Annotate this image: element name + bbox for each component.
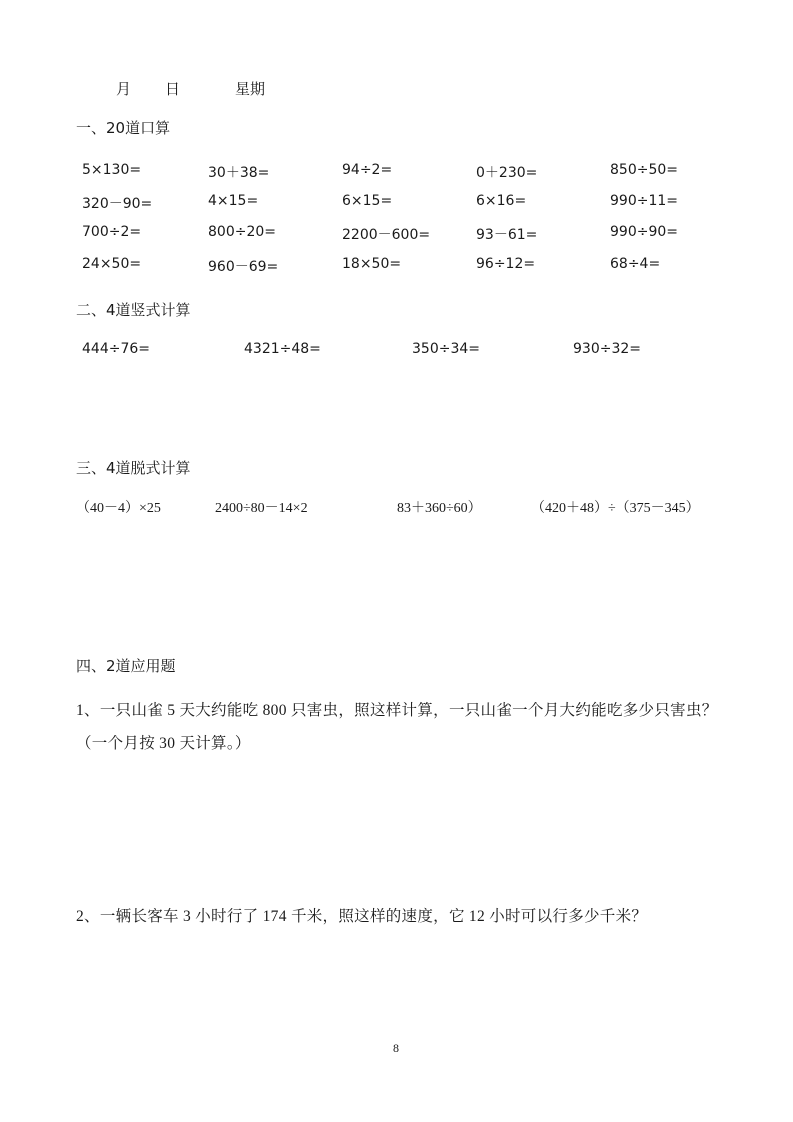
section-4-title: 四、2道应用题 xyxy=(76,655,176,676)
oral-calc-item: 800÷20= xyxy=(208,224,276,240)
oral-calc-item: 24×50= xyxy=(82,256,141,272)
vertical-calc-item: 930÷32= xyxy=(573,341,641,357)
word-problem-1-note: （一个月按 30 天计算。） xyxy=(76,731,251,753)
oral-calc-item: 94÷2= xyxy=(342,162,392,178)
step-calc-item: （420＋48）÷（375－345） xyxy=(531,497,700,517)
oral-calc-item: 990÷11= xyxy=(610,193,678,209)
page-number: 8 xyxy=(393,1041,399,1056)
step-calc-item: （40－4）×25 xyxy=(76,497,161,517)
oral-calc-item: 6×15= xyxy=(342,193,392,209)
oral-calc-item: 2200－600= xyxy=(342,224,430,244)
oral-calc-item: 6×16= xyxy=(476,193,526,209)
oral-calc-item: 960－69= xyxy=(208,256,278,276)
oral-calc-item: 990÷90= xyxy=(610,224,678,240)
vertical-calc-item: 350÷34= xyxy=(412,341,480,357)
section-1-title: 一、20道口算 xyxy=(76,117,170,138)
weekday-label: 星期 xyxy=(235,78,265,99)
oral-calc-item: 700÷2= xyxy=(82,224,141,240)
oral-calc-item: 850÷50= xyxy=(610,162,678,178)
vertical-calc-item: 444÷76= xyxy=(82,341,150,357)
oral-calc-item: 4×15= xyxy=(208,193,258,209)
vertical-calc-item: 4321÷48= xyxy=(244,341,321,357)
step-calc-item: 83＋360÷60） xyxy=(397,497,482,517)
section-2-title: 二、4道竖式计算 xyxy=(76,299,191,320)
oral-calc-item: 93－61= xyxy=(476,224,537,244)
oral-calc-item: 5×130= xyxy=(82,162,141,178)
section-3-title: 三、4道脱式计算 xyxy=(76,457,191,478)
oral-calc-item: 320－90= xyxy=(82,193,152,213)
oral-calc-item: 18×50= xyxy=(342,256,401,272)
oral-calc-item: 30＋38= xyxy=(208,162,269,182)
month-label: 月 xyxy=(116,78,131,99)
oral-calc-item: 68÷4= xyxy=(610,256,660,272)
oral-calc-item: 96÷12= xyxy=(476,256,535,272)
step-calc-item: 2400÷80－14×2 xyxy=(215,497,308,517)
oral-calc-item: 0＋230= xyxy=(476,162,537,182)
word-problem-2: 2、一辆长客车 3 小时行了 174 千米，照这样的速度，它 12 小时可以行多… xyxy=(76,904,647,926)
word-problem-1: 1、一只山雀 5 天大约能吃 800 只害虫，照这样计算，一只山雀一个月大约能吃… xyxy=(76,698,718,720)
day-label: 日 xyxy=(165,78,180,99)
